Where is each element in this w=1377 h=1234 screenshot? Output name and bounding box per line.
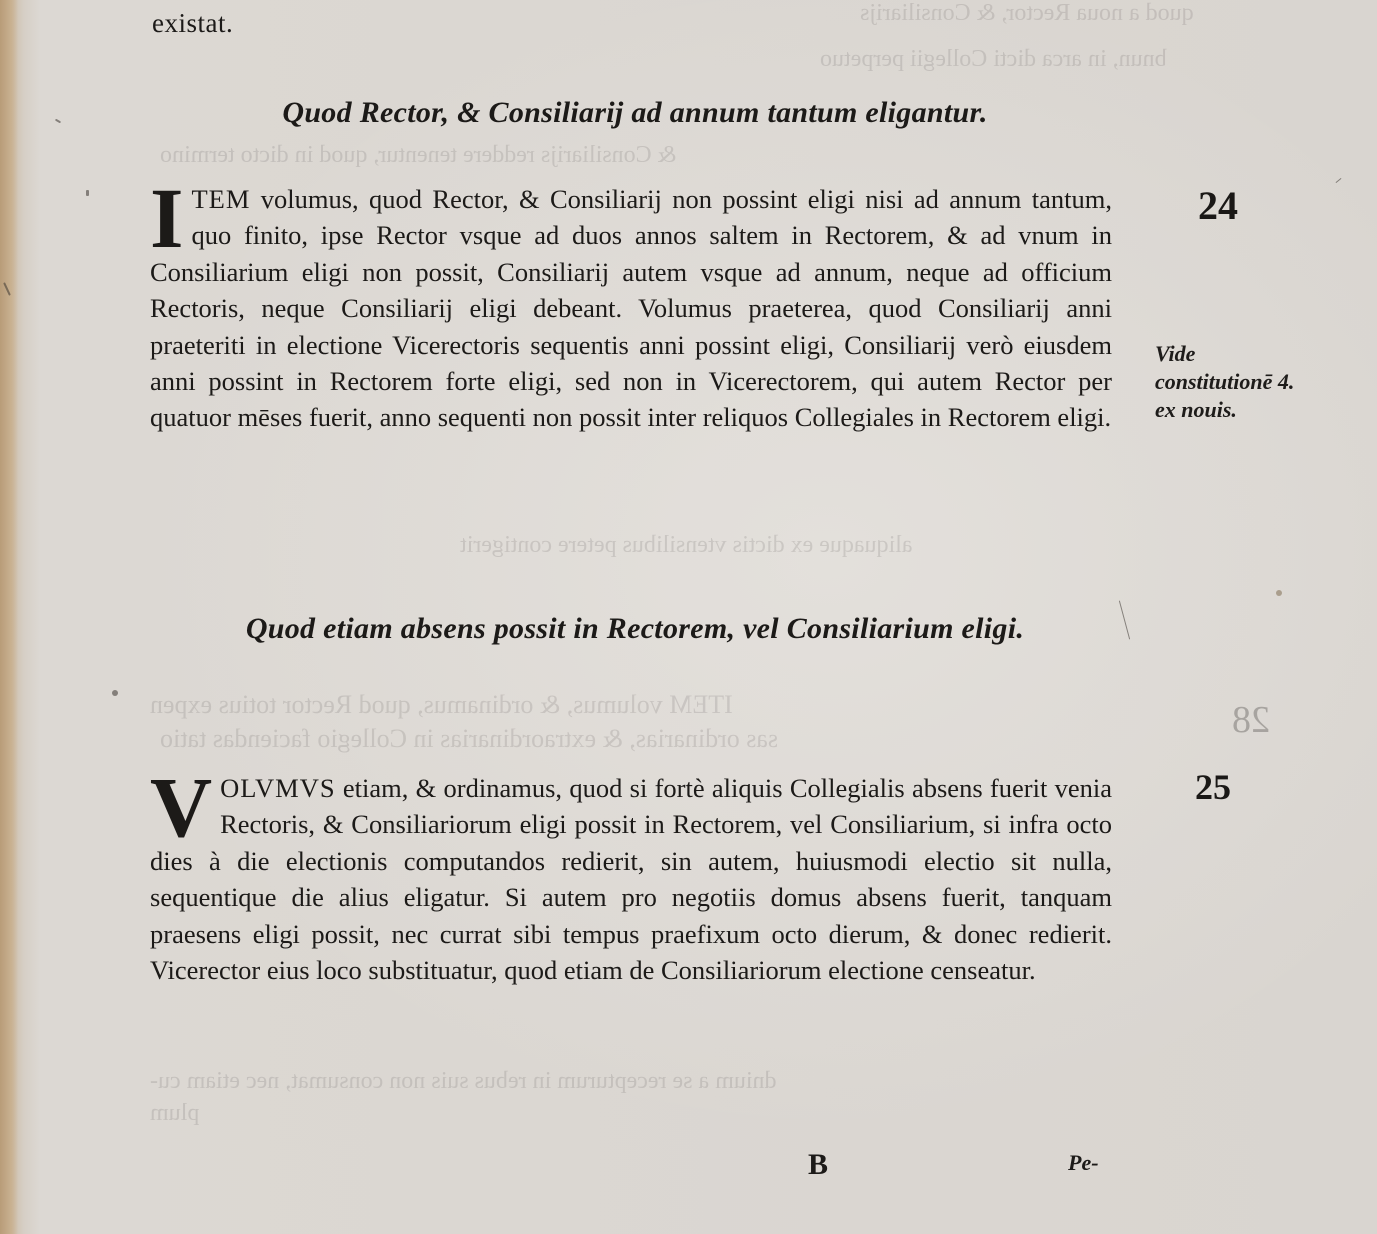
section-heading-25: Quod etiam absens possit in Rectorem, ve… [150, 608, 1120, 650]
paper-speck [112, 690, 118, 696]
margin-note-cross-reference: Vide constitutionē 4. ex nouis. [1155, 340, 1295, 424]
paper-speck [1335, 178, 1341, 183]
section-body-24: ITEM volumus, quod Rector, & Consiliarij… [150, 181, 1112, 436]
paper-speck [1119, 601, 1130, 640]
show-through-text: bnun, in arca dicti Collegii perpetuo [820, 46, 1167, 73]
section-number-24: 24 [1198, 182, 1238, 229]
show-through-number: 28 [1232, 698, 1270, 742]
show-through-text: quod a noua Rector, & Consiliarijs [860, 0, 1194, 27]
paper-speck [86, 190, 89, 196]
show-through-text: dnium a se recepturum in rebus suis non … [150, 1068, 777, 1095]
section-body-25: VOLVMVS etiam, & ordinamus, quod si fort… [150, 770, 1112, 988]
paper-speck [1276, 590, 1282, 596]
section-body-text: volumus, quod Rector, & Consiliarij non … [150, 184, 1112, 432]
show-through-text: aliquaque ex dictis vtensilibus petere c… [460, 532, 913, 559]
paper-speck [55, 119, 61, 124]
section-body-text: etiam, & ordinamus, quod si fortè aliqui… [150, 773, 1112, 985]
scanned-page: quod a noua Rector, & Consiliarijs bnun,… [0, 0, 1377, 1234]
show-through-text: & Consiliarijs reddere tenentur, quod in… [160, 142, 676, 169]
catchword: Pe- [1068, 1150, 1099, 1176]
section-heading-24: Quod Rector, & Consiliarij ad annum tant… [150, 96, 1120, 130]
show-through-text: ITEM volumus, & ordinamus, quod Rector t… [150, 690, 733, 720]
section-number-25: 25 [1195, 766, 1231, 808]
opening-small-caps: OLVMVS [220, 773, 335, 803]
continued-text-fragment: existat. [152, 8, 233, 39]
drop-cap-letter: I [150, 185, 183, 251]
opening-small-caps: TEM [191, 184, 250, 214]
show-through-text: sas ordinarias, & extraordinarias in Col… [160, 724, 778, 754]
page-gutter-edge [0, 0, 18, 1234]
show-through-text: plum [150, 1100, 199, 1127]
drop-cap-letter: V [150, 774, 212, 840]
signature-mark: B [808, 1148, 828, 1182]
